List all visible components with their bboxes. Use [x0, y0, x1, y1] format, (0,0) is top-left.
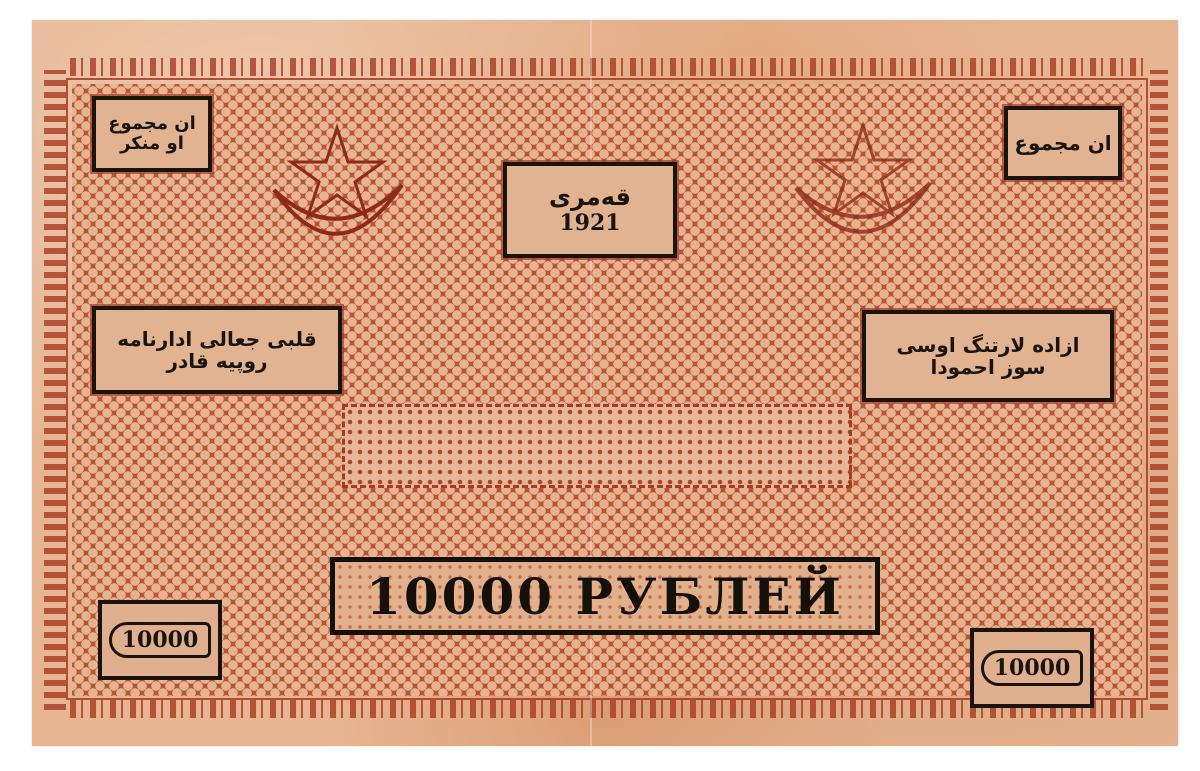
middle-right-script-stamp: ازاده لارتنگ اوسی سوز احمودا — [862, 310, 1114, 402]
top-left-script-stamp: ان مجموع او منکر — [92, 96, 212, 172]
denomination-text: 10000 РУБЛЕЙ — [366, 567, 844, 626]
middle-left-line2: روپیه قادر — [166, 350, 267, 372]
center-date-year: 1921 — [559, 210, 620, 236]
bottom-right-value-box: 10000 — [970, 628, 1094, 708]
bottom-left-value-box: 10000 — [98, 600, 222, 680]
fold-line — [590, 20, 592, 746]
border-left — [44, 70, 66, 710]
bottom-left-value: 10000 — [109, 622, 212, 658]
middle-left-script-stamp: قلبی جعالی ادارنامه روپیه قادر — [92, 306, 342, 394]
middle-right-line2: سوز احمودا — [930, 356, 1045, 378]
central-dotted-panel — [342, 404, 852, 488]
center-date-script: قەمری — [549, 184, 631, 210]
center-date-stamp: قەمری 1921 — [503, 162, 677, 258]
middle-left-line1: قلبی جعالی ادارنامه — [117, 328, 317, 350]
crescent-star-emblem-right — [788, 118, 938, 258]
top-right-script-stamp: ان مجموع — [1004, 106, 1122, 180]
border-right — [1150, 70, 1168, 710]
denomination-banner: 10000 РУБЛЕЙ — [330, 557, 880, 635]
middle-right-line1: ازاده لارتنگ اوسی — [897, 334, 1080, 356]
bottom-right-value: 10000 — [981, 650, 1084, 686]
top-right-script: ان مجموع — [1014, 132, 1111, 154]
top-left-script: ان مجموع او منکر — [107, 114, 197, 154]
border-top — [70, 58, 1150, 76]
crescent-star-emblem-left — [262, 120, 412, 260]
